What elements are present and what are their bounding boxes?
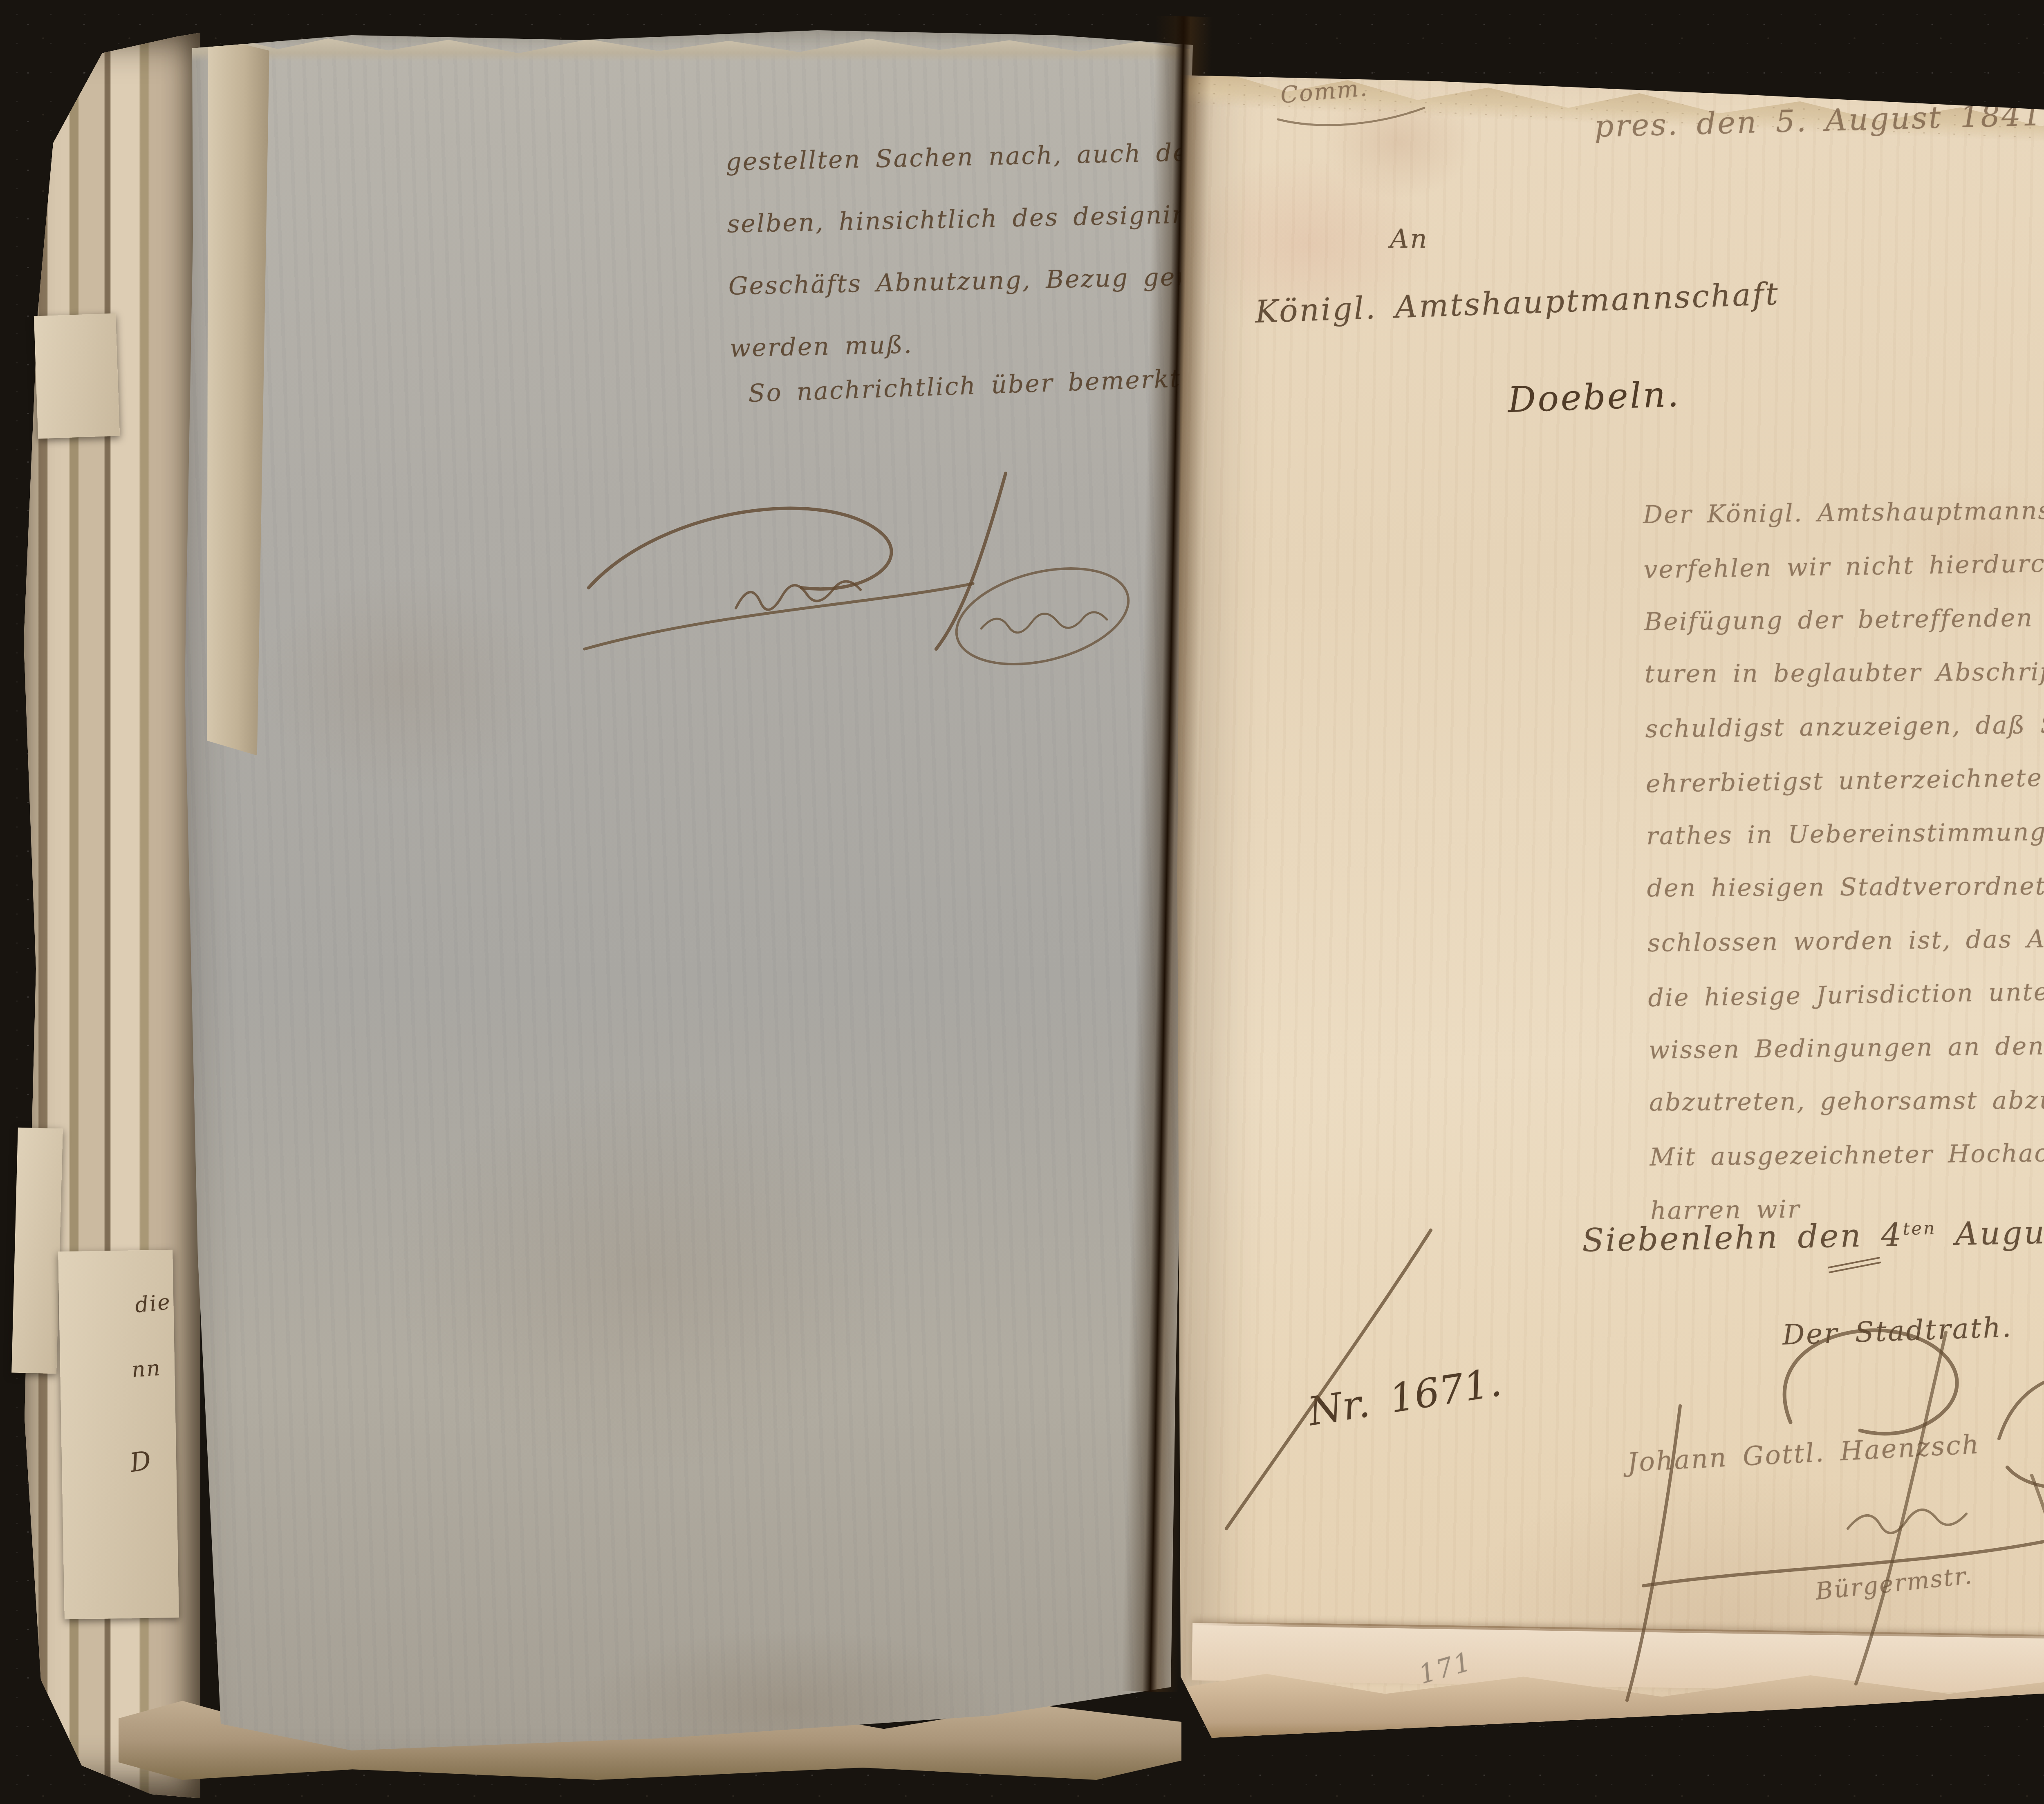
edge-writing-fragment: nn [131, 1356, 162, 1383]
edge-writing-fragment: die [134, 1290, 172, 1318]
dateline-ordinal-sup: ten [1903, 1218, 1936, 1239]
body-line: turen in beglaubter Abschrift, pflicht- [1645, 645, 2044, 701]
letter-body: Der Königl. Amtshauptmannschaft verfehle… [1643, 483, 2044, 1238]
body-line: schuldigst anzuzeigen, daß Seiten des [1645, 697, 2044, 756]
left-page-torn-top-edge [188, 34, 1190, 61]
body-line: abzutreten, gehorsamst abzulehnen. [1649, 1073, 2044, 1130]
note-line: gestellten Sachen nach, auch den- [725, 121, 1225, 193]
right-page: 171 Comm. pres. den 5. August 1841. 101.… [1177, 57, 2044, 1757]
registry-note-underline-flourish [1274, 105, 1429, 134]
address-line: Königl. Amtshauptmannschaft [1255, 275, 1780, 330]
signature-flourish-left-page [560, 457, 1173, 669]
body-line: die hiesige Jurisdiction unter ge- [1647, 963, 2044, 1025]
body-line: rathes in Uebereinstimmung mit [1646, 804, 2044, 863]
dateline-place-day: Siebenlehn den 4 [1582, 1217, 1903, 1259]
body-line: Mit ausgezeichneter Hochachtung be- [1650, 1125, 2044, 1184]
body-line: wissen Bedingungen an den Staat [1648, 1018, 2044, 1077]
protruding-page-tab [11, 1128, 63, 1374]
body-line: den hiesigen Stadtverordneten be- [1647, 859, 2044, 915]
body-line: verfehlen wir nicht hierdurch, unter [1643, 535, 2044, 597]
body-line: Beifügung der betreffenden Registra- [1644, 590, 2044, 649]
protruding-page-tab [34, 313, 120, 439]
body-line: ehrerbietigst unterzeichneten Stadt- [1645, 749, 2044, 811]
dateline-month-year: August 1841 [1955, 1212, 2044, 1253]
archive-photo-open-book: die nn D gestellten Sachen nach, auch de… [0, 0, 2044, 1804]
diagonal-stroke-flourish [1202, 1218, 1496, 1545]
signature-flourish-right-page [1619, 1300, 2044, 1757]
body-line: Der Königl. Amtshauptmannschaft [1643, 483, 2044, 542]
body-line: schlossen worden ist, das Ansinnen, [1647, 911, 2044, 970]
address-salutation: An [1390, 224, 1428, 254]
paper-fold-strip [201, 36, 269, 755]
edge-writing-fragment: D [128, 1446, 154, 1479]
left-page: gestellten Sachen nach, auch den- selben… [180, 24, 1194, 1761]
address-place: Doebeln. [1507, 374, 1681, 421]
day-double-underline [1828, 1257, 1881, 1274]
